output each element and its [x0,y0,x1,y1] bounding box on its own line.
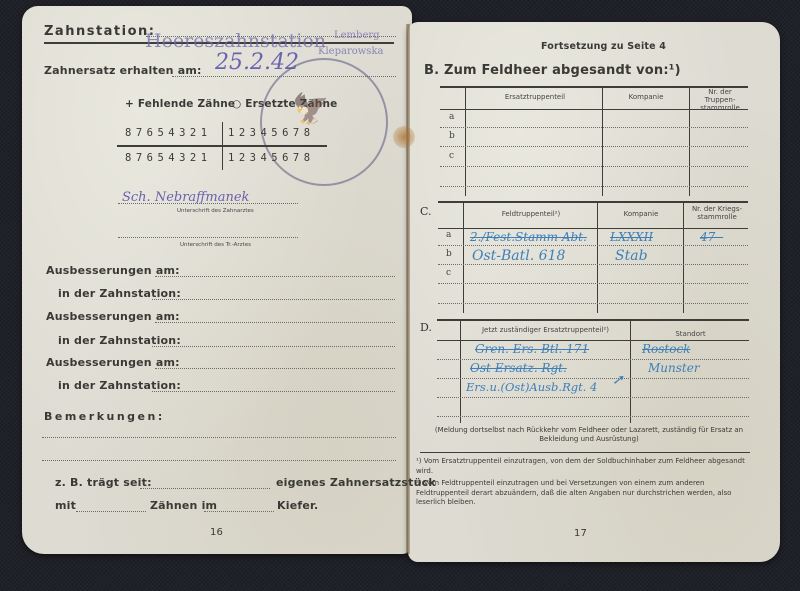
section-b-col-divider-3 [689,86,690,196]
remarks-line-1 [42,437,396,438]
section-d-header-border [437,340,749,341]
repair-2-station-line [152,346,395,347]
section-c-col-divider-2 [597,201,598,313]
section-b-col-company: Kompanie [605,93,687,101]
remarks-label: Bemerkungen: [44,410,165,423]
section-b-title: B. Zum Feldheer abgesandt von:¹) [424,63,681,78]
section-c-row-c: c [446,268,451,278]
teeth-chart-vertical [222,122,223,170]
section-c-row-line-3 [438,283,748,284]
stamp-place-top: Lemberg [334,30,380,41]
with-label: mit [55,499,76,512]
section-b-col-divider-1 [465,86,466,196]
repair-1-line [155,276,395,277]
section-b-col-number: Nr. der Truppen-stammrolle [692,88,748,112]
section-b-row-b: b [449,131,455,141]
zahnstation-stamp: Heereszahnstation [145,30,326,52]
carries-line [140,488,270,489]
section-c-header-border [438,228,748,229]
section-d-entry-1-location: Rostock [642,342,690,356]
section-d-col-unit: Jetzt zuständiger Ersatztruppenteil²) [463,326,628,334]
section-b-row-line-4 [440,186,748,187]
section-d-row-line-4 [437,416,749,417]
footnote-2: ²) Vom Feldtruppenteil einzutragen und b… [416,479,752,508]
section-d-entry-2-unit: Ost-Ersatz. Rgt. [470,361,567,375]
section-d-col-divider-1 [460,319,461,423]
doctor-signature-line [118,237,298,238]
teeth-upper-left: 87654321 [125,127,212,139]
zahnstation-title: Zahnstation: [44,24,156,39]
eagle-emblem-icon: 🦅 [292,92,329,127]
page-number-right: 17 [574,528,587,539]
section-c-row-a-unit: 2./Fest.Stamm Abt. [470,230,587,244]
teeth-count-line [76,511,146,512]
jaw-line [204,511,274,512]
section-b-col-unit: Ersatztruppenteil [470,93,600,101]
section-b-row-a: a [449,112,454,122]
section-c-col-company: Kompanie [600,210,682,218]
arrow-annotation-icon: ➚ [612,372,624,388]
section-c-row-line-1 [438,245,748,246]
repair-3-station-line [152,391,395,392]
section-c-row-line-2 [438,264,748,265]
section-c-row-b-unit: Ost-Batl. 618 [472,248,565,264]
carries-label: z. B. trägt seit: [55,476,152,489]
section-d-entry-3-unit: Ers.u.(Ost)Ausb.Rgt. 4 [466,380,597,394]
footnote-1: ¹) Vom Ersatztruppenteil einzutragen, vo… [416,457,752,476]
remarks-line-2 [42,460,396,461]
section-c-row-a: a [446,230,451,240]
section-c-row-b-company: Stab [615,248,648,264]
section-c-row-a-number: 47 - [700,230,723,244]
section-b-col-divider-2 [602,86,603,196]
dentist-signature-line [118,203,298,204]
book-spine [406,24,410,554]
teeth-lower-left: 87654321 [125,152,212,164]
teeth-upper-right: 12345678 [228,127,315,139]
section-d-entry-2-location: Munster [648,361,700,375]
section-c-letter: C. [420,205,432,218]
section-d-note: (Meldung dortselbst nach Rückkehr vom Fe… [428,426,750,444]
section-b-row-line-1 [440,127,748,128]
section-c-col-unit: Feldtruppenteil²) [466,210,596,218]
rust-stain [393,126,415,148]
carries-suffix: eigenes Zahnersatzstück [276,476,436,489]
section-b-row-c: c [449,151,454,161]
section-d-col-divider-2 [630,319,631,423]
section-b-row-line-2 [440,146,748,147]
section-c-col-number: Nr. der Kriegs-stammrolle [686,205,748,221]
legend-missing-teeth: + Fehlende Zähne [125,98,235,110]
section-d-row-line-2 [437,378,749,379]
section-d-row-line-3 [437,397,749,398]
section-c-row-a-company: LXXXII [610,230,653,244]
page-number-left: 16 [210,527,223,538]
dentist-signature-caption: Unterschrift des Zahnarztes [177,208,254,214]
section-d-col-location: Standort [633,330,748,338]
section-c-col-divider-3 [683,201,684,313]
section-d-letter: D. [420,321,432,334]
doctor-signature-caption: Unterschrift des Tr.-Arztes [180,242,251,248]
section-c-row-b: b [446,249,452,259]
section-c-top-border [438,201,748,203]
teeth-lower-right: 12345678 [228,152,315,164]
section-d-row-line-1 [437,359,749,360]
section-d-entry-1-unit: Gren. Ers. Btl. 171 [475,342,589,356]
section-c-row-line-4 [438,303,748,304]
stamp-place-bottom: Kleparowska [318,46,383,57]
section-b-row-line-3 [440,166,748,167]
footnote-divider [420,452,750,453]
repair-2-line [155,322,395,323]
jaw-label: Kiefer. [277,499,318,512]
section-c-col-divider-1 [463,201,464,313]
repair-3-line [155,368,395,369]
continuation-heading: Fortsetzung zu Seite 4 [541,41,666,52]
repair-1-station-line [152,299,395,300]
section-d-top-border [437,319,749,321]
